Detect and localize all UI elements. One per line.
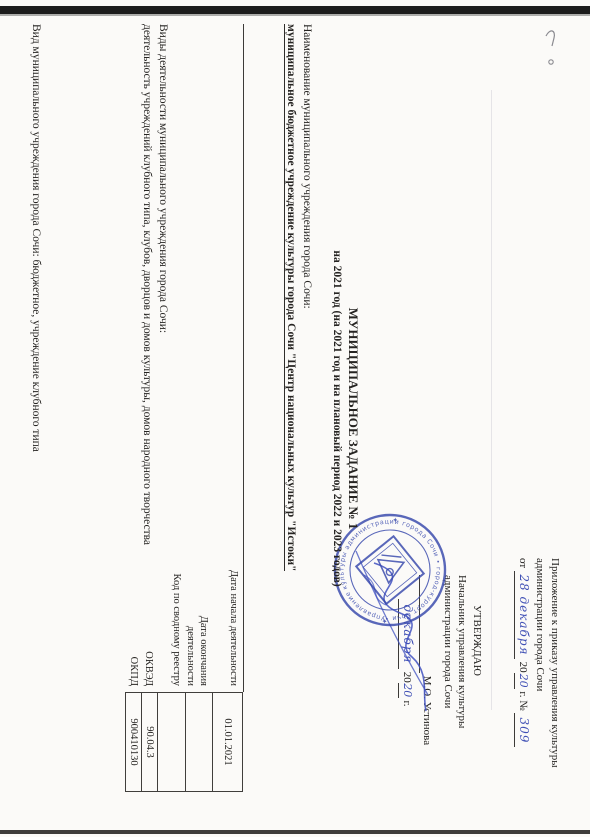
scanned-document: Приложение к приказу управления культуры… — [0, 0, 590, 837]
scan-edge-band-top-shadow — [0, 14, 590, 16]
order-date-handwritten: 28 декабря — [517, 574, 531, 655]
code-value-cell: 900410130 — [125, 692, 141, 792]
institution-type-value: бюджетное, учреждение клубного типа — [30, 260, 42, 452]
code-label: Дата окончания деятельности — [183, 560, 210, 686]
document-page: Приложение к приказу управления культуры… — [0, 0, 590, 837]
institution-type-label: Вид муниципального учреждения города Соч… — [30, 24, 42, 257]
year-prefix: 20 — [517, 662, 529, 673]
code-value-cell — [157, 692, 185, 792]
order-number-handwritten: 309 — [517, 718, 531, 744]
codes-table-values: 01.01.2021 90.04.3 900410130 — [125, 692, 243, 792]
appendix-note: Приложение к приказу управления культуры… — [515, 558, 563, 833]
scan-edge-band-bottom — [0, 830, 590, 834]
scan-streak — [491, 90, 492, 710]
institution-type-line: Вид муниципального учреждения города Соч… — [28, 24, 43, 724]
approval-heading: УТВЕРЖДАЮ — [470, 575, 485, 827]
code-label: Дата начала деятельности — [210, 560, 240, 686]
order-number-blank: 309 — [515, 713, 532, 747]
appendix-date-line: от 28 декабря 2020 г. № 309 — [515, 558, 532, 833]
code-value-cell: 01.01.2021 — [212, 692, 243, 792]
code-label: ОКПД — [125, 560, 140, 686]
institution-name-text: муниципальное бюджетное учреждение культ… — [284, 24, 297, 571]
municipal-task-title: МУНИЦИПАЛЬНОЕ ЗАДАНИЕ № 1 — [345, 0, 361, 837]
municipal-task-period: на 2021 год (на 2021 год и на плановый п… — [331, 0, 343, 837]
year-blank: 20 — [515, 673, 531, 689]
scan-edge-band-top — [0, 6, 590, 14]
order-date-blank: 28 декабря — [515, 571, 532, 659]
year-handwritten: 20 — [517, 674, 530, 688]
code-value-cell: 90.04.3 — [141, 692, 157, 792]
appendix-line2: администрации города Сочи — [533, 558, 548, 833]
institution-name-label: Наименование муниципального учреждения г… — [299, 24, 314, 309]
blank-underline-rule — [243, 24, 244, 692]
from-label: от — [517, 558, 529, 568]
appendix-line1: Приложение к приказу управления культуры — [548, 558, 563, 833]
activities-label: Виды деятельности муниципального учрежде… — [155, 24, 170, 333]
institution-name-value: муниципальное бюджетное учреждение культ… — [283, 24, 298, 784]
code-value-cell — [185, 692, 212, 792]
activities-value: деятельность учреждений клубного типа, к… — [139, 24, 154, 644]
year-suffix: г. № — [517, 691, 529, 710]
approval-line1: Начальник управления культуры — [455, 575, 470, 827]
pen-mark — [540, 26, 568, 72]
code-label: Код по сводному реестру — [155, 560, 183, 686]
